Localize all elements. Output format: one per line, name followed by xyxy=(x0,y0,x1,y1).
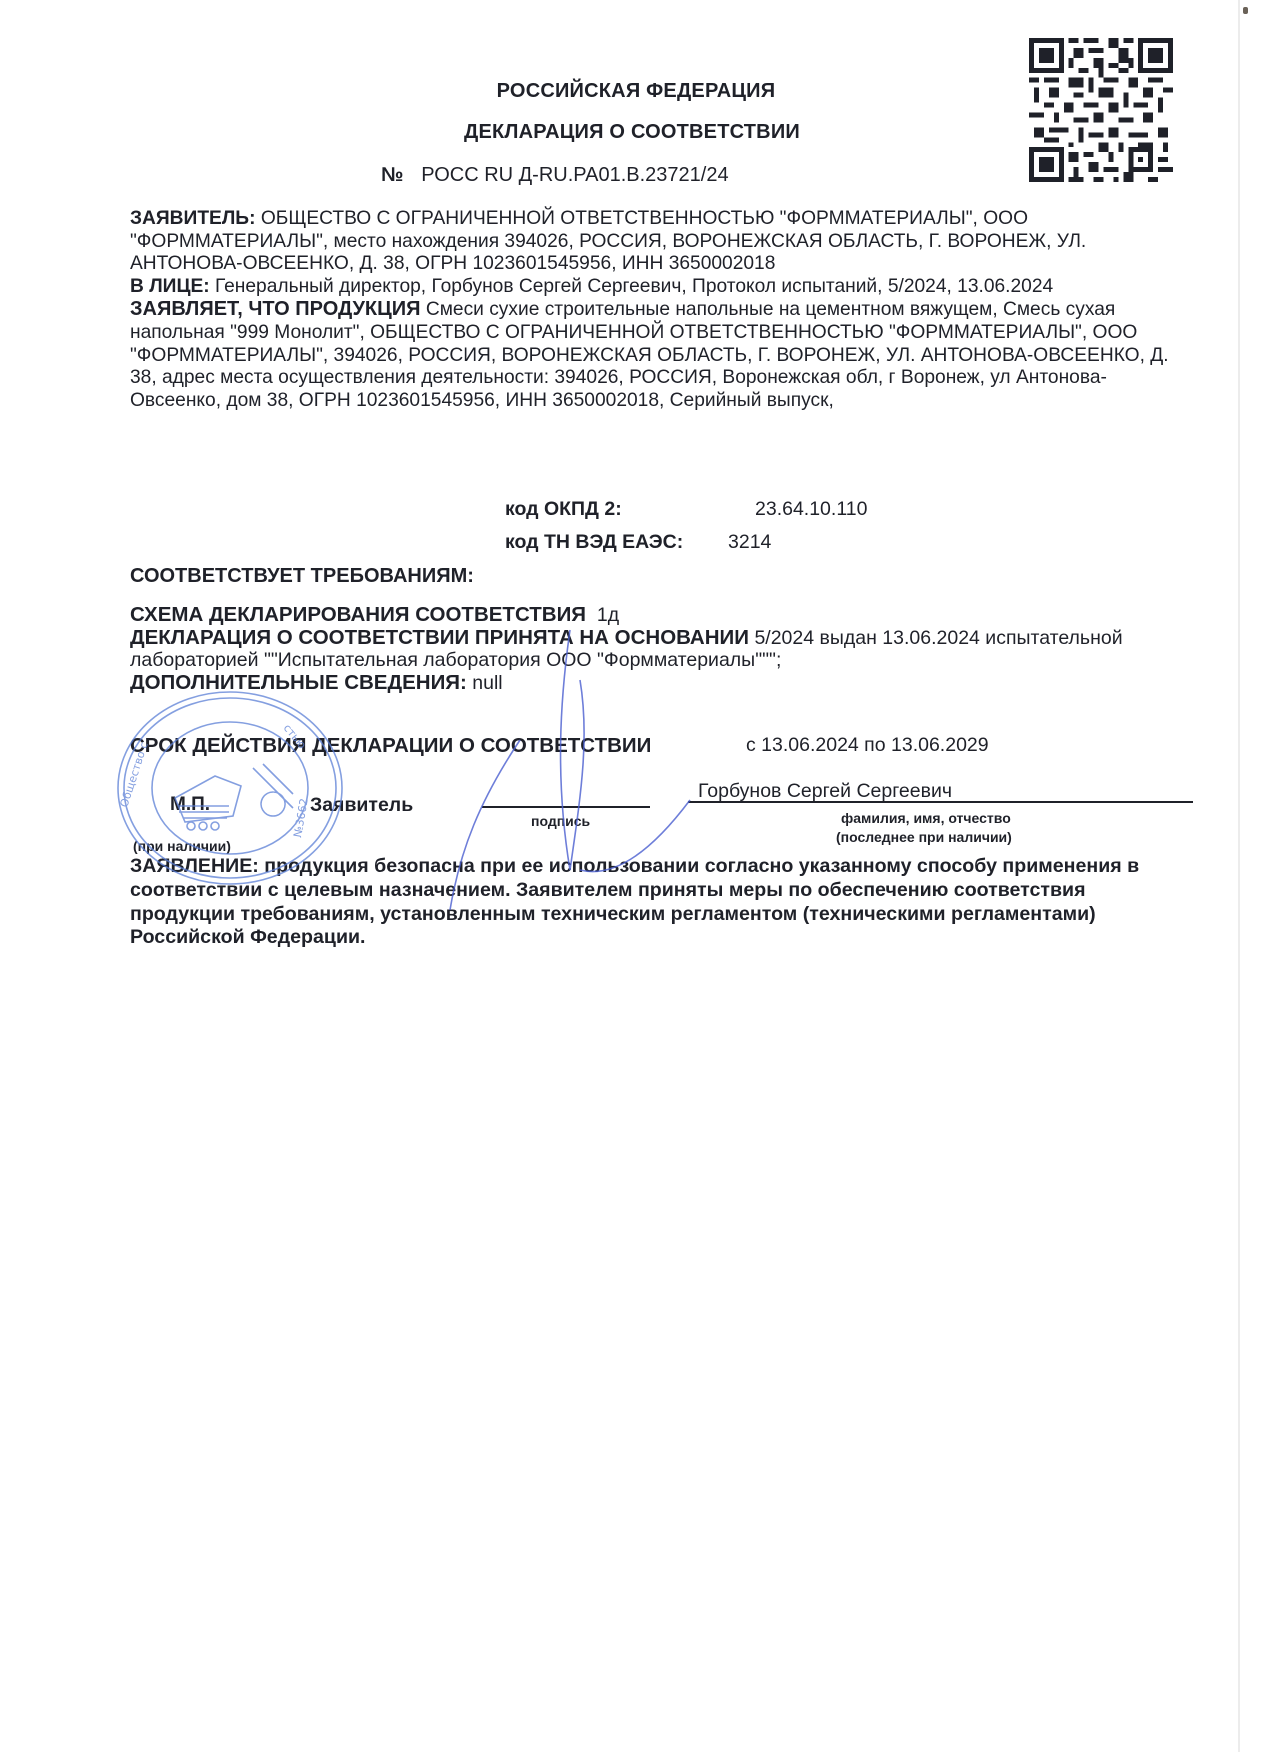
statement-section: ЗАЯВЛЕНИЕ: продукция безопасна при ее ис… xyxy=(130,855,1190,950)
signature-caption: подпись xyxy=(531,813,590,829)
document-title: ДЕКЛАРАЦИЯ О СООТВЕТСТВИИ xyxy=(0,121,1264,144)
product-label: ЗАЯВЛЯЕТ, ЧТО ПРОДУКЦИЯ xyxy=(130,298,421,320)
scheme-value: 1д xyxy=(597,604,619,626)
page-edge xyxy=(1238,0,1240,1752)
basis-section: ДЕКЛАРАЦИЯ О СООТВЕТСТВИИ ПРИНЯТА НА ОСН… xyxy=(130,627,1190,672)
number-sign: № xyxy=(381,164,403,186)
represented-by-label: В ЛИЦЕ: xyxy=(130,276,210,297)
additional-value: null xyxy=(472,672,502,694)
seal-label: М.П. xyxy=(170,794,210,816)
declaration-number: №РОСС RU Д-RU.PA01.B.23721/24 xyxy=(381,164,729,187)
code-okpd2-label: код ОКПД 2: xyxy=(505,498,755,521)
product-section: ЗАЯВЛЯЕТ, ЧТО ПРОДУКЦИЯ Смеси сухие стро… xyxy=(130,298,1190,412)
basis-block: СХЕМА ДЕКЛАРИРОВАНИЯ СООТВЕТСТВИЯ 1д ДЕК… xyxy=(130,604,1190,694)
seal-caption: (при наличии) xyxy=(133,838,231,854)
code-okpd2: код ОКПД 2:23.64.10.110 xyxy=(505,498,867,521)
basis-label: ДЕКЛАРАЦИЯ О СООТВЕТСТВИИ ПРИНЯТА НА ОСН… xyxy=(130,626,749,649)
represented-by-section: В ЛИЦЕ: Генеральный директор, Горбунов С… xyxy=(130,276,1190,299)
declaration-body: ЗАЯВИТЕЛЬ: ОБЩЕСТВО С ОГРАНИЧЕННОЙ ОТВЕТ… xyxy=(130,208,1190,412)
code-tnved-label: код ТН ВЭД ЕАЭС: xyxy=(505,531,728,554)
statement-text: продукция безопасна при ее использовании… xyxy=(130,855,1139,948)
name-line xyxy=(688,801,1193,803)
applicant-label: ЗАЯВИТЕЛЬ: xyxy=(130,208,255,229)
statement-label: ЗАЯВЛЕНИЕ: xyxy=(130,855,259,877)
additional-section: ДОПОЛНИТЕЛЬНЫЕ СВЕДЕНИЯ: null xyxy=(130,672,1190,695)
qr-code-icon[interactable] xyxy=(1028,38,1174,182)
scan-artifact-dot xyxy=(1243,7,1248,14)
scheme-label: СХЕМА ДЕКЛАРИРОВАНИЯ СООТВЕТСТВИЯ xyxy=(130,603,586,626)
conforms-heading: СООТВЕТСТВУЕТ ТРЕБОВАНИЯМ: xyxy=(130,565,474,588)
validity-label: СРОК ДЕЙСТВИЯ ДЕКЛАРАЦИИ О СООТВЕТСТВИИ xyxy=(130,734,651,758)
country-title: РОССИЙСКАЯ ФЕДЕРАЦИЯ xyxy=(4,80,1264,103)
applicant-signer-label: Заявитель xyxy=(310,794,413,817)
svg-text:№3662: №3662 xyxy=(291,797,311,838)
code-tnved-value: 3214 xyxy=(728,531,771,553)
code-tnved: код ТН ВЭД ЕАЭС:3214 xyxy=(505,531,771,554)
name-caption: фамилия, имя, отчество xyxy=(841,810,1011,826)
code-okpd2-value: 23.64.10.110 xyxy=(755,498,867,520)
declaration-number-value: РОСС RU Д-RU.PA01.B.23721/24 xyxy=(421,164,728,186)
scheme-section: СХЕМА ДЕКЛАРИРОВАНИЯ СООТВЕТСТВИЯ 1д xyxy=(130,604,1190,627)
additional-label: ДОПОЛНИТЕЛЬНЫЕ СВЕДЕНИЯ: xyxy=(130,671,467,694)
applicant-text: ОБЩЕСТВО С ОГРАНИЧЕННОЙ ОТВЕТСТВЕННОСТЬЮ… xyxy=(130,208,1086,274)
name-caption-note: (последнее при наличии) xyxy=(836,829,1012,845)
applicant-section: ЗАЯВИТЕЛЬ: ОБЩЕСТВО С ОГРАНИЧЕННОЙ ОТВЕТ… xyxy=(130,208,1190,276)
validity-period: с 13.06.2024 по 13.06.2029 xyxy=(746,734,989,757)
signer-full-name: Горбунов Сергей Сергеевич xyxy=(698,780,952,803)
signature-line xyxy=(482,806,650,808)
represented-by-text: Генеральный директор, Горбунов Сергей Се… xyxy=(215,276,1053,297)
